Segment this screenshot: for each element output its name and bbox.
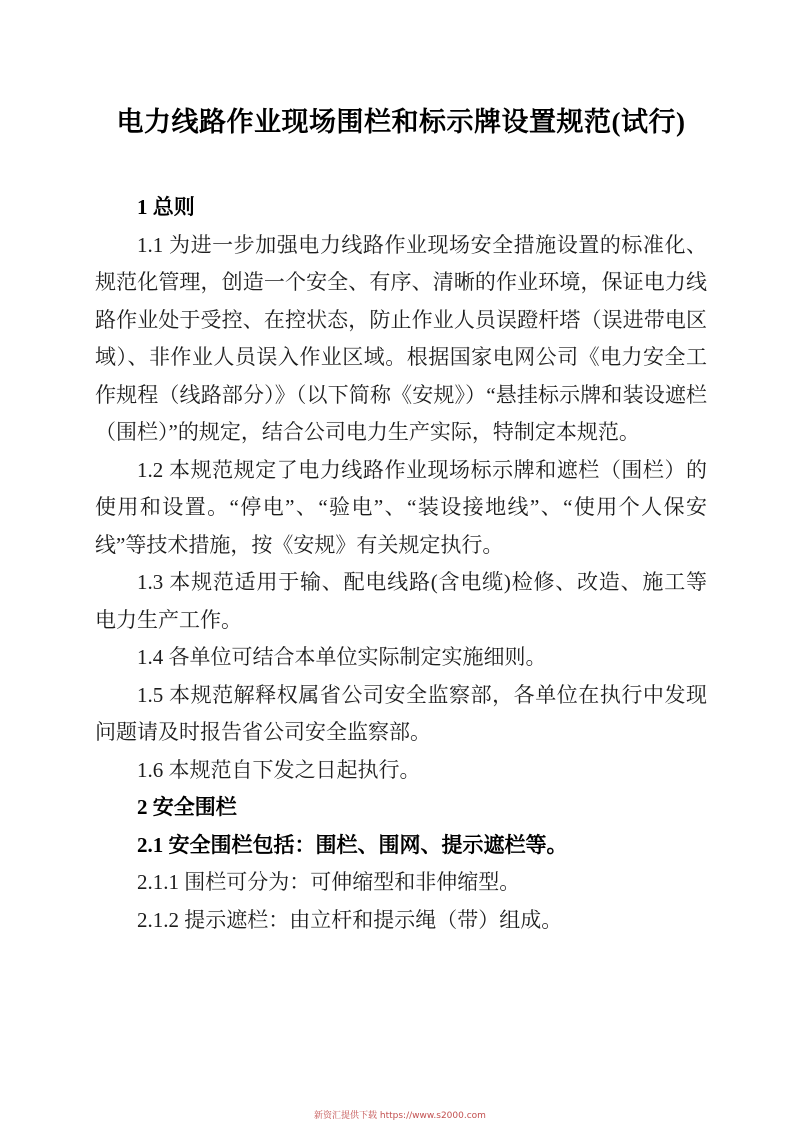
document-page: 电力线路作业现场围栏和标示牌设置规范(试行) 1 总则 1.1 为进一步加强电力… bbox=[0, 0, 800, 1132]
paragraph-1-5: 1.5 本规范解释权属省公司安全监察部，各单位在执行中发现问题请及时报告省公司安… bbox=[95, 677, 707, 752]
section-heading-1: 1 总则 bbox=[95, 189, 707, 227]
paragraph-1-1: 1.1 为进一步加强电力线路作业现场安全措施设置的标准化、规范化管理，创造一个安… bbox=[95, 227, 707, 452]
paragraph-2-1-1: 2.1.1 围栏可分为：可伸缩型和非伸缩型。 bbox=[95, 864, 707, 902]
section-heading-2: 2 安全围栏 bbox=[95, 789, 707, 827]
document-body: 1 总则 1.1 为进一步加强电力线路作业现场安全措施设置的标准化、规范化管理，… bbox=[95, 189, 707, 939]
paragraph-2-1-2: 2.1.2 提示遮栏：由立杆和提示绳（带）组成。 bbox=[95, 902, 707, 940]
paragraph-1-2: 1.2 本规范规定了电力线路作业现场标示牌和遮栏（围栏）的使用和设置。“停电”、… bbox=[95, 452, 707, 565]
paragraph-2-1: 2.1 安全围栏包括：围栏、围网、提示遮栏等。 bbox=[95, 827, 707, 865]
footer-watermark: 新资汇提供下载 https://www.s2000.com bbox=[0, 1110, 800, 1122]
paragraph-1-4: 1.4 各单位可结合本单位实际制定实施细则。 bbox=[95, 639, 707, 677]
document-title: 电力线路作业现场围栏和标示牌设置规范(试行) bbox=[95, 100, 707, 139]
paragraph-1-3: 1.3 本规范适用于输、配电线路(含电缆)检修、改造、施工等电力生产工作。 bbox=[95, 564, 707, 639]
paragraph-1-6: 1.6 本规范自下发之日起执行。 bbox=[95, 752, 707, 790]
